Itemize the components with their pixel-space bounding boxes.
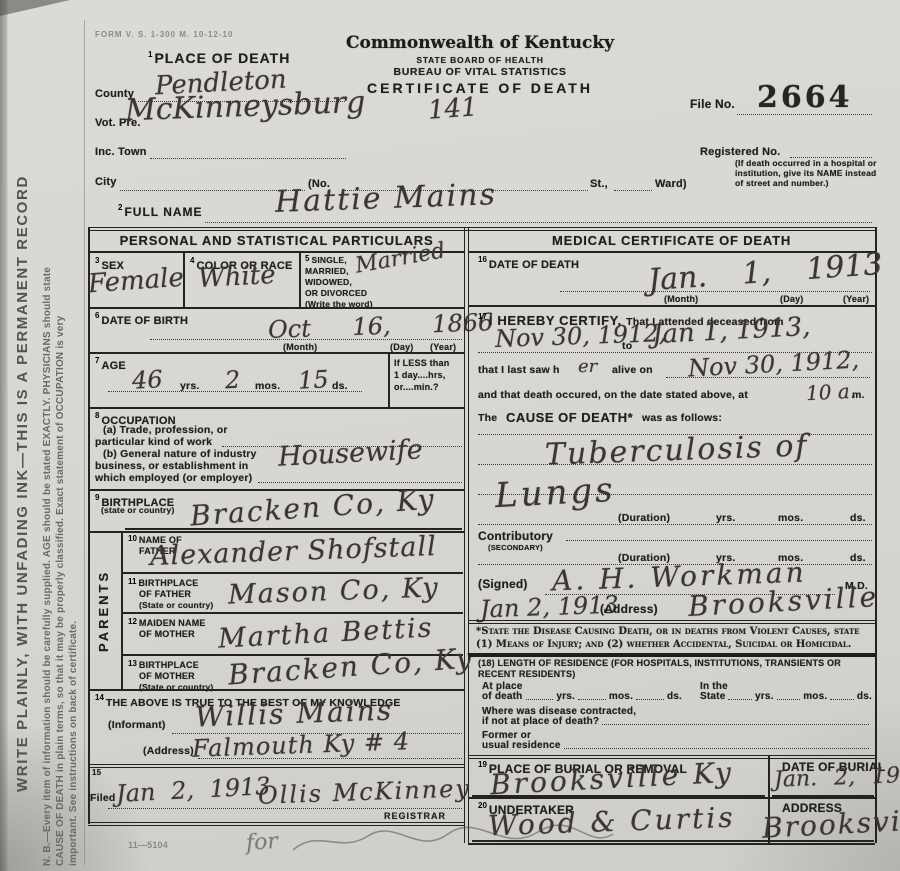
- father-birthplace-label2: OF FATHER: [139, 589, 191, 599]
- date-of-death-field: 16DATE OF DEATH: [478, 255, 579, 273]
- place-of-death-label: PLACE OF DEATH: [154, 50, 290, 66]
- dod-day-label: (Day): [780, 294, 804, 304]
- death-time-suffix: m.: [852, 389, 865, 401]
- residence-in-the-2: State: [700, 691, 725, 702]
- mother-maiden-field: 12MAIDEN NAME OF MOTHER: [128, 617, 206, 639]
- duration-mos-1: mos.: [778, 512, 803, 524]
- certify-to-word: to: [622, 340, 632, 352]
- rule: [88, 764, 465, 768]
- cause-value-line1: Tuberculosis of: [545, 431, 809, 470]
- date-of-death-value: Jan. 1, 1913: [647, 250, 883, 296]
- form-right-border: [875, 227, 877, 843]
- field-number: 10: [128, 534, 137, 543]
- city-label: City: [95, 176, 117, 188]
- margin-warning-text: WRITE PLAINLY, WITH UNFADING INK—THIS IS…: [14, 175, 31, 792]
- signed-date-value: Jan 2, 1913: [480, 593, 619, 622]
- duration-ds-1: ds.: [850, 512, 866, 524]
- file-no-value: 2664: [757, 80, 853, 115]
- parents-vertical-label: PARENTS: [96, 570, 111, 652]
- field-number: 19: [478, 760, 487, 769]
- residence-at-place-row: of death yrs. mos. ds.: [482, 691, 682, 702]
- file-no-label: File No.: [690, 97, 735, 111]
- rule: [88, 407, 465, 409]
- mother-birthplace-label2: OF MOTHER: [139, 671, 195, 681]
- residence-yrs-2: yrs.: [755, 691, 774, 702]
- dob-field: 6DATE OF BIRTH: [95, 311, 188, 329]
- dob-day-label: (Day): [390, 342, 414, 352]
- dob-label: DATE OF BIRTH: [101, 315, 188, 327]
- mother-birthplace-label1: BIRTHPLACE: [139, 660, 199, 670]
- dod-month-label: (Month): [664, 294, 698, 304]
- parents-divider: [121, 531, 123, 689]
- registrar-signature: Ollis McKinney: [258, 776, 472, 807]
- age-days-value: 15: [297, 367, 329, 393]
- ward-dotted-line: [614, 190, 652, 191]
- former-residence-row: usual residence: [482, 740, 872, 751]
- field-number: 9: [95, 493, 99, 502]
- margin-note-line-2: CAUSE OF DEATH in plain terms, so that i…: [55, 316, 66, 866]
- last-saw-value: Nov 30, 1912,: [687, 348, 859, 381]
- physician-address-value: Brooksville: [687, 583, 879, 621]
- file-no-dotted-line: [737, 114, 872, 115]
- residence-heading: (18) LENGTH OF RESIDENCE (FOR HOSPITALS,…: [478, 658, 868, 681]
- burial-date-value: Jan. 2, 1913: [774, 764, 900, 791]
- rule: [88, 352, 465, 354]
- medical-section-title: MEDICAL CERTIFICATE OF DEATH: [468, 233, 875, 248]
- full-name-label: FULL NAME: [124, 205, 202, 219]
- dob-year-label: (Year): [430, 342, 456, 352]
- residence-ds: ds.: [667, 691, 682, 702]
- residence-ds-2: ds.: [857, 691, 872, 702]
- city-st-label: St.,: [590, 178, 608, 190]
- informant-address-value: Falmouth Ky # 4: [192, 729, 411, 761]
- precinct-number: 141: [427, 94, 478, 123]
- field-number: 17: [478, 312, 487, 321]
- marital-line3: WIDOWED,: [305, 277, 352, 287]
- residence-mos-2: mos.: [803, 691, 827, 702]
- form-code: FORM V. S. 1-300 M. 10-12-10: [95, 30, 233, 39]
- inc-town-dotted-line: [150, 158, 346, 159]
- duration-label-1: (Duration): [618, 512, 670, 524]
- former-residence-2: usual residence: [482, 740, 561, 751]
- margin-crease-line: [84, 20, 85, 865]
- death-time-value: 10 a.: [806, 381, 857, 404]
- disease-contracted-2: if not at place of death?: [482, 716, 599, 727]
- filed-date-value: Jan 2, 1913: [115, 774, 271, 806]
- marital-line1: SINGLE,: [311, 255, 346, 265]
- field-number: 14: [95, 693, 104, 702]
- rule: [468, 797, 875, 799]
- less-note-2: 1 day....hrs,: [394, 370, 445, 380]
- field-number: 13: [128, 659, 137, 668]
- father-name-value: Alexander Shofstall: [150, 533, 438, 570]
- marital-line4: OR DIVORCED: [305, 288, 367, 298]
- countersign-word: for: [245, 831, 278, 855]
- full-name-dotted-line: [205, 222, 872, 223]
- header-divider-rule: [88, 227, 877, 231]
- secondary-label: (SECONDARY): [488, 543, 543, 552]
- birthplace-underline: [125, 528, 462, 530]
- city-ward-label: Ward): [655, 178, 687, 190]
- birthplace-value: Bracken Co, Ky: [189, 485, 436, 530]
- cause-dotted-4: [478, 524, 872, 525]
- informant-value: Willis Mains: [195, 697, 394, 732]
- rule: [88, 689, 465, 691]
- full-name-row: 2FULL NAME: [118, 203, 203, 221]
- cell-divider: [388, 352, 390, 407]
- last-saw-prefix: that I last saw h: [478, 364, 560, 376]
- less-note-3: or....min.?: [394, 382, 439, 392]
- age-months-label: mos.: [255, 380, 280, 392]
- undertaker-underline: [472, 840, 874, 842]
- residence-yrs: yrs.: [556, 691, 575, 702]
- contributory-dotted: [566, 540, 872, 541]
- field-number: 16: [478, 255, 487, 264]
- cell-divider: [183, 251, 185, 307]
- informant-address-label: (Address): [143, 745, 194, 757]
- state-header-block: Commonwealth of Kentucky STATE BOARD OF …: [345, 33, 615, 96]
- age-months-value: 2: [224, 368, 241, 393]
- registrar-label: REGISTRAR: [384, 811, 446, 821]
- rule: [468, 653, 875, 657]
- filed-num: 15: [92, 768, 101, 777]
- rule: [88, 307, 465, 309]
- birthplace-sub: (state or country): [101, 505, 175, 515]
- hospital-note: (If death occurred in a hospital or inst…: [735, 158, 883, 189]
- print-code: 11—5104: [128, 840, 168, 850]
- occupation-b3: which employed (or employer): [95, 472, 252, 484]
- field-number: 4: [190, 256, 194, 265]
- field-number: 2: [118, 203, 122, 212]
- last-saw-pronoun: er: [578, 358, 597, 376]
- field-number: 3: [95, 256, 99, 265]
- death-occurred-line: and that death occured, on the date stat…: [478, 389, 748, 401]
- filed-label: Filed: [90, 792, 116, 804]
- father-birthplace-label1: BIRTHPLACE: [138, 578, 198, 588]
- field-number: 7: [95, 356, 99, 365]
- registered-no-label: Registered No.: [700, 146, 780, 158]
- mother-maiden-label2: OF MOTHER: [139, 629, 195, 639]
- age-field: 7AGE: [95, 356, 126, 374]
- age-less-than-note: If LESS than 1 day....hrs, or....min.?: [394, 356, 449, 392]
- full-name-value: Hattie Mains: [275, 180, 498, 218]
- age-label: AGE: [101, 360, 125, 372]
- field-number: 5: [305, 254, 309, 263]
- disease-contracted-row: if not at place of death?: [482, 716, 872, 727]
- rule: [468, 305, 875, 307]
- field-number: 11: [128, 577, 136, 586]
- less-note-1: If LESS than: [394, 358, 449, 368]
- age-years-label: yrs.: [180, 380, 199, 392]
- signed-label: (Signed): [478, 577, 528, 591]
- sex-value: Female: [87, 265, 184, 298]
- residence-mos: mos.: [609, 691, 633, 702]
- margin-note-line-3: important. See instructions on back of c…: [68, 621, 79, 866]
- field-number: 8: [95, 411, 99, 420]
- field-number: 6: [95, 311, 99, 320]
- occupation-b1: (b) General nature of industry: [103, 448, 257, 460]
- cause-pre: The: [478, 412, 497, 424]
- last-saw-mid: alive on: [612, 364, 653, 376]
- race-value: White: [197, 262, 276, 292]
- dob-month-label: (Month): [283, 342, 317, 352]
- attended-to-value: Jan 1, 1913,: [651, 314, 811, 348]
- rule: [468, 620, 875, 624]
- father-birthplace-field: 11BIRTHPLACE OF FATHER (State or country…: [128, 577, 213, 610]
- state-board-subtitle: STATE BOARD OF HEALTH: [345, 55, 615, 65]
- duration-yrs-1: yrs.: [716, 512, 735, 524]
- occupation-b2: business, or establishment in: [95, 460, 248, 472]
- field-number: 20: [478, 801, 487, 810]
- bureau-subtitle: BUREAU OF VITAL STATISTICS: [345, 66, 615, 78]
- occupation-a1: (a) Trade, profession, or: [103, 424, 228, 436]
- cause-label: CAUSE OF DEATH*: [506, 410, 633, 425]
- age-years-value: 46: [131, 367, 163, 393]
- death-certificate-scan: WRITE PLAINLY, WITH UNFADING INK—THIS IS…: [0, 0, 900, 871]
- mother-birthplace-field: 13BIRTHPLACE OF MOTHER (State or country…: [128, 659, 213, 692]
- marital-line2: MARRIED,: [305, 266, 349, 276]
- filed-dotted: [108, 808, 462, 809]
- attended-from-value: Nov 30, 1912,: [495, 321, 667, 351]
- father-birthplace-sub: (State or country): [139, 600, 213, 610]
- undertaker-address-value: Brooksville: [761, 805, 900, 842]
- commonwealth-title: Commonwealth of Kentucky: [345, 33, 615, 53]
- residence-at-place-2: of death: [482, 691, 523, 702]
- violent-causes-footnote: *State the Disease Causing Death, or in …: [476, 626, 874, 651]
- cell-divider: [299, 251, 301, 307]
- certificate-title: CERTIFICATE OF DEATH: [345, 80, 615, 96]
- undertaker-value: Wood & Curtis: [488, 804, 736, 841]
- residence-in-state-row: State yrs. mos. ds.: [700, 691, 872, 702]
- father-birthplace-value: Mason Co, Ky: [228, 574, 440, 608]
- field-number: 1: [148, 50, 152, 59]
- scan-corner-top-left: [0, 0, 70, 16]
- precinct-value: McKinneysburg: [125, 88, 366, 126]
- mother-maiden-label1: MAIDEN NAME: [139, 618, 206, 628]
- occupation-a2: particular kind of work: [95, 436, 212, 448]
- duration-ds-2: ds.: [850, 552, 866, 564]
- dod-year-label: (Year): [843, 294, 869, 304]
- date-of-death-label: DATE OF DEATH: [489, 259, 579, 271]
- form-left-border: [88, 227, 90, 824]
- dob-value: Oct 16, 1866: [268, 310, 494, 342]
- informant-label: (Informant): [108, 719, 166, 731]
- rule: [468, 843, 875, 845]
- field-number: 12: [128, 617, 137, 626]
- cause-value-line2: Lungs: [494, 473, 616, 513]
- contributory-label: Contributory: [478, 529, 553, 543]
- age-days-label: ds.: [332, 380, 348, 392]
- margin-note-line-1: N. B.—Every item of information should b…: [42, 267, 53, 866]
- occupation-value: Housewife: [277, 436, 423, 471]
- physician-address-label: (Address): [600, 602, 658, 616]
- inc-town-label: Inc. Town: [95, 146, 147, 158]
- cause-post: was as follows:: [642, 412, 722, 424]
